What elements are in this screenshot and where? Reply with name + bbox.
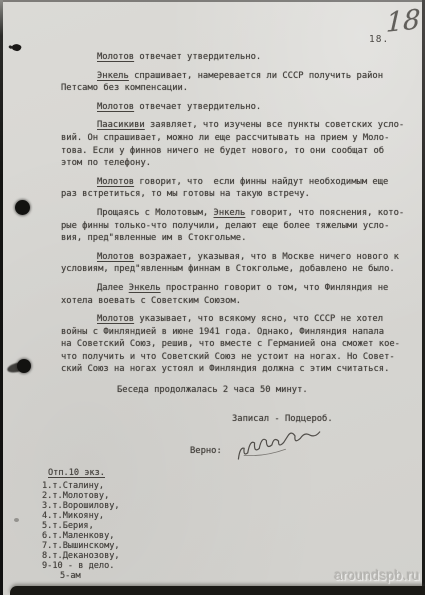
typed-text: вий. Он спрашивает, можно ли еще рассчит… — [61, 133, 389, 143]
distribution-item: 8.т.Деканозову, — [42, 551, 120, 561]
typed-line: ский Союз на ногах устоял и Финляндия до… — [61, 363, 411, 376]
handwritten-page-number: 18 — [386, 4, 421, 39]
typed-text: отвечает утвердительно. — [134, 102, 261, 112]
paragraph: Молотов отвечает утвердительно. — [61, 101, 411, 114]
typed-line: что получить и что Советский Союз не уст… — [61, 351, 411, 364]
signature — [232, 425, 327, 466]
punch-hole — [15, 200, 30, 215]
speaker-name: Энкель — [129, 283, 161, 293]
typed-text: Далее — [97, 283, 129, 293]
typed-text: вия, пред"явленные им в Стокгольме. — [61, 233, 246, 243]
certified-label: Верно: — [190, 446, 222, 456]
typed-text: Петсамо без компенсации. — [61, 83, 188, 93]
distribution-item: 6.т.Маленкову, — [42, 531, 120, 541]
typed-line: на Советский Союз, решив, что вместе с Г… — [61, 338, 411, 351]
paragraph: Паасикиви заявляет, что изучены все пунк… — [61, 119, 411, 169]
speaker-name: Молотов — [97, 314, 134, 324]
distribution-item: 5.т.Берия, — [42, 521, 120, 531]
typed-text: что получить и что Советский Союз не уст… — [61, 352, 395, 362]
scanned-document-page: 18 18. Молотов отвечает утвердительно.Эн… — [0, 0, 425, 595]
typed-line: Паасикиви заявляет, что изучены все пунк… — [61, 119, 411, 132]
typed-text: на Советский Союз, решив, что вместе с Г… — [61, 339, 400, 349]
typed-line: Петсамо без компенсации. — [61, 82, 411, 95]
watermark: aroundspb.ru — [334, 568, 420, 583]
typed-line: това. Если у финнов ничего не будет ново… — [61, 145, 411, 158]
speaker-name: Паасикиви — [97, 120, 145, 130]
typed-line: Энкель спрашивает, намеревается ли СССР … — [61, 70, 411, 83]
typed-line: войны с Финляндией в июне 1941 года. Одн… — [61, 326, 411, 339]
typed-line: Молотов указывает, что всякому ясно, что… — [61, 313, 411, 326]
typed-line: раз встретиться, то мы готовы на такую в… — [61, 188, 411, 201]
paragraph: Энкель спрашивает, намеревается ли СССР … — [61, 70, 411, 95]
typist-initials: 5-ам — [60, 571, 120, 581]
paragraph: Беседа продолжалась 2 часа 50 минут. — [61, 384, 411, 397]
ink-blot — [11, 42, 22, 52]
typed-text: ский Союз на ногах устоял и Финляндия до… — [61, 364, 389, 374]
typed-line: Молотов возражает, указывая, что в Москв… — [61, 251, 411, 264]
typed-text: раз встретиться, то мы готовы на такую в… — [61, 189, 310, 199]
typed-text: указывает, что всякому ясно, что СССР не… — [134, 314, 383, 324]
typed-line: рые финны только-что получили, делают ещ… — [61, 220, 411, 233]
distribution-item: 7.т.Вышинскому, — [42, 541, 120, 551]
paragraph: Далее Энкель пространно говорит о том, ч… — [61, 282, 411, 307]
typed-line: Беседа продолжалась 2 часа 50 минут. — [61, 384, 411, 397]
typed-text: отвечает утвердительно. — [134, 52, 261, 62]
typed-text: возражает, указывая, что в Москве ничего… — [134, 252, 399, 262]
typed-text: спрашивает, намеревается ли СССР получит… — [129, 71, 383, 81]
speaker-name: Молотов — [97, 177, 134, 187]
distribution-item: 2.т.Молотову, — [42, 491, 120, 501]
typed-page-number: 18. — [369, 34, 389, 45]
punch-hole — [17, 359, 31, 373]
distribution-item: 4.т.Микояну, — [42, 511, 120, 521]
typed-text: войны с Финляндией в июне 1941 года. Одн… — [61, 327, 384, 337]
typed-line: Далее Энкель пространно говорит о том, ч… — [61, 282, 411, 295]
scan-edge-bottom — [10, 586, 425, 595]
speaker-name: Энкель — [214, 208, 246, 218]
distribution-item: 1.т.Сталину, — [42, 481, 120, 491]
distribution-list: 1.т.Сталину,2.т.Молотову,3.т.Ворошилову,… — [42, 481, 120, 571]
typed-text: заявляет, что изучены все пункты советск… — [145, 120, 405, 130]
scan-edge-left — [0, 0, 3, 595]
typed-line: условиям, пред"явленным финнам в Стокгол… — [61, 263, 411, 276]
distribution-item: 9-10 - в дело. — [42, 561, 120, 571]
distribution-block: Отп.10 экз. 1.т.Сталину,2.т.Молотову,3.т… — [42, 468, 120, 581]
typed-text: хотела воевать с Советским Союзом. — [61, 296, 241, 306]
recorded-by-line: Записал - Подцероб. — [232, 414, 333, 424]
paragraph: Молотов говорит, что если финны найдут н… — [61, 176, 411, 201]
speaker-name: Молотов — [97, 52, 134, 62]
typed-line: Молотов отвечает утвердительно. — [61, 51, 411, 64]
typed-text: Прощаясь с Молотовым, — [97, 208, 214, 218]
paragraph: Молотов отвечает утвердительно. — [61, 51, 411, 64]
speaker-name: Энкель — [97, 71, 129, 81]
speaker-name: Молотов — [97, 252, 134, 262]
typed-text: говорит, что если финны найдут необходим… — [134, 177, 388, 187]
typed-line: Прощаясь с Молотовым, Энкель говорит, чт… — [61, 207, 411, 220]
typed-line: вия, пред"явленные им в Стокгольме. — [61, 232, 411, 245]
scan-edge-top — [0, 0, 425, 2]
typed-text: рые финны только-что получили, делают ещ… — [61, 221, 389, 231]
typed-text: говорит, что пояснения, кото- — [245, 208, 404, 218]
typed-line: вий. Он спрашивает, можно ли еще рассчит… — [61, 132, 411, 145]
typed-text: Беседа продолжалась 2 часа 50 минут. — [117, 385, 308, 395]
paragraph: Молотов возражает, указывая, что в Москв… — [61, 251, 411, 276]
distribution-header: Отп.10 экз. — [48, 468, 120, 478]
distribution-item: 3.т.Ворошилову, — [42, 501, 120, 511]
typed-line: хотела воевать с Советским Союзом. — [61, 295, 411, 308]
speaker-name: Молотов — [97, 102, 134, 112]
typed-text: това. Если у финнов ничего не будет ново… — [61, 146, 384, 156]
typed-text: пространно говорит о том, что Финляндия … — [161, 283, 389, 293]
paragraph: Молотов указывает, что всякому ясно, что… — [61, 313, 411, 376]
typed-text: условиям, пред"явленным финнам в Стокгол… — [61, 264, 395, 274]
typed-line: Молотов говорит, что если финны найдут н… — [61, 176, 411, 189]
document-body: Молотов отвечает утвердительно.Энкель сп… — [61, 51, 411, 397]
typed-line: Молотов отвечает утвердительно. — [61, 101, 411, 114]
pencil-speck — [14, 518, 19, 522]
typed-line: этом по телефону. — [61, 157, 411, 170]
paragraph: Прощаясь с Молотовым, Энкель говорит, чт… — [61, 207, 411, 245]
typed-text: этом по телефону. — [61, 158, 151, 168]
